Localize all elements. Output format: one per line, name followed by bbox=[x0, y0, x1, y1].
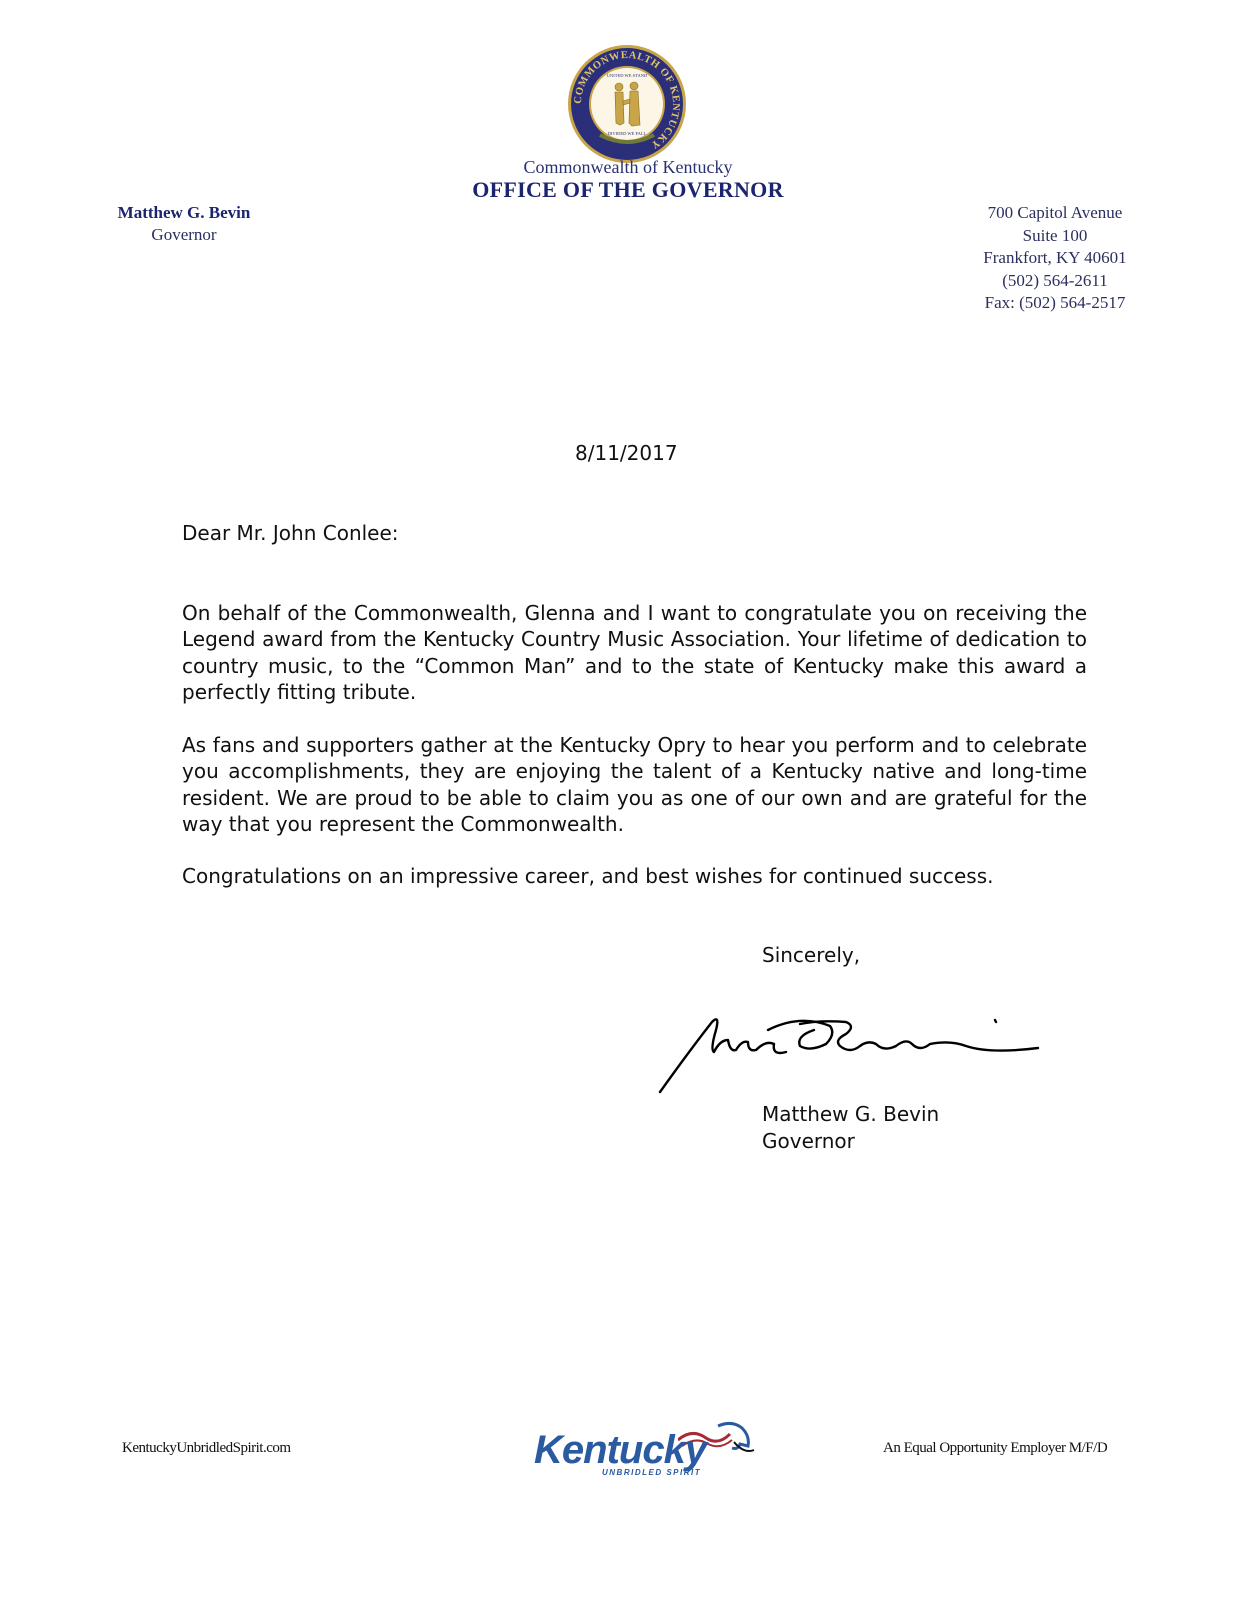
address-line: Suite 100 bbox=[960, 225, 1150, 248]
footer-website: KentuckyUnbridledSpirit.com bbox=[122, 1440, 291, 1457]
svg-text:DIVIDED WE FALL: DIVIDED WE FALL bbox=[608, 131, 647, 136]
kentucky-unbridled-spirit-logo: Kentucky UNBRIDLED SPIRIT bbox=[528, 1420, 758, 1484]
governor-title: Governor bbox=[100, 224, 268, 246]
governor-name: Matthew G. Bevin bbox=[100, 202, 268, 224]
address-line: Frankfort, KY 40601 bbox=[960, 247, 1150, 270]
letter-date: 8/11/2017 bbox=[575, 441, 678, 465]
kentucky-wordmark: Kentucky bbox=[534, 1428, 706, 1473]
address-line: 700 Capitol Avenue bbox=[960, 202, 1150, 225]
org-name: Commonwealth of Kentucky bbox=[0, 157, 1256, 178]
salutation: Dear Mr. John Conlee: bbox=[182, 521, 399, 545]
body-paragraph: As fans and supporters gather at the Ken… bbox=[182, 732, 1087, 837]
fax: Fax: (502) 564-2517 bbox=[960, 292, 1150, 315]
address-block: 700 Capitol Avenue Suite 100 Frankfort, … bbox=[960, 202, 1150, 315]
kentucky-tagline: UNBRIDLED SPIRIT bbox=[602, 1468, 701, 1477]
phone: (502) 564-2611 bbox=[960, 270, 1150, 293]
body-paragraph: On behalf of the Commonwealth, Glenna an… bbox=[182, 600, 1087, 705]
body-paragraph: Congratulations on an impressive career,… bbox=[182, 863, 1087, 889]
closing: Sincerely, bbox=[762, 943, 860, 967]
handwritten-signature-icon bbox=[650, 1000, 1040, 1100]
office-title: OFFICE OF THE GOVERNOR bbox=[0, 177, 1256, 203]
kentucky-seal-icon: COMMONWEALTH OF KENTUCKY UNITED WE STAND… bbox=[566, 43, 688, 165]
signer-block: Matthew G. Bevin Governor bbox=[762, 1101, 939, 1155]
governor-block: Matthew G. Bevin Governor bbox=[100, 202, 268, 246]
signer-title: Governor bbox=[762, 1128, 939, 1155]
signer-name: Matthew G. Bevin bbox=[762, 1101, 939, 1128]
svg-text:UNITED WE STAND: UNITED WE STAND bbox=[607, 73, 648, 78]
footer-eeo-statement: An Equal Opportunity Employer M/F/D bbox=[883, 1440, 1107, 1457]
